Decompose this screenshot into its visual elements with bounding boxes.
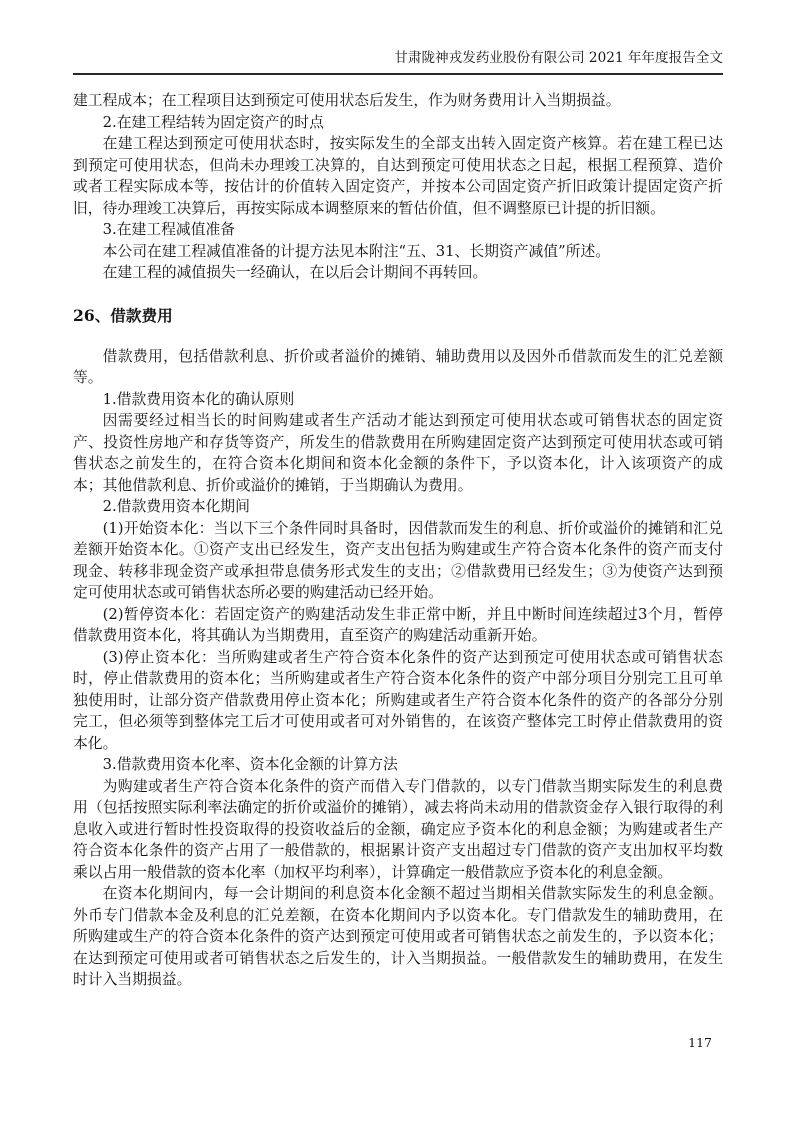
paragraph: 在建工程的减值损失一经确认，在以后会计期间不再转回。 (73, 262, 723, 284)
paragraph: 3.在建工程减值准备 (73, 219, 723, 241)
page-number: 117 (0, 1035, 712, 1050)
paragraph: 本公司在建工程减值准备的计提方法见本附注“五、31、长期资产减值”所述。 (73, 241, 723, 263)
paragraph: 在资本化期间内，每一会计期间的利息资本化金额不超过当期相关借款实际发生的利息金额… (73, 883, 723, 991)
paragraph: 2.在建工程结转为固定资产的时点 (73, 112, 723, 134)
report-page: 甘肃陇神戎发药业股份有限公司 2021 年年度报告全文 建工程成本；在工程项目达… (0, 0, 793, 1122)
paragraph: 在建工程达到预定可使用状态时，按实际发生的全部支出转入固定资产核算。若在建工程已… (73, 133, 723, 219)
header-title: 甘肃陇神戎发药业股份有限公司 2021 年年度报告全文 (394, 50, 723, 66)
paragraph: (3)停止资本化：当所购建或者生产符合资本化条件的资产达到预定可使用状态或可销售… (73, 647, 723, 755)
paragraph: 1.借款费用资本化的确认原则 (73, 389, 723, 411)
paragraph: (1)开始资本化：当以下三个条件同时具备时，因借款而发生的利息、折价或溢价的摊销… (73, 518, 723, 604)
paragraph: 建工程成本；在工程项目达到预定可使用状态后发生，作为财务费用计入当期损益。 (73, 90, 723, 112)
paragraph: 借款费用，包括借款利息、折价或者溢价的摊销、辅助费用以及因外币借款而发生的汇兑差… (73, 346, 723, 389)
paragraph: 因需要经过相当长的时间购建或者生产活动才能达到预定可使用状态或可销售状态的固定资… (73, 410, 723, 496)
page-body: 建工程成本；在工程项目达到预定可使用状态后发生，作为财务费用计入当期损益。 2.… (73, 90, 723, 991)
paragraph: 2.借款费用资本化期间 (73, 496, 723, 518)
paragraph: 为购建或者生产符合资本化条件的资产而借入专门借款的，以专门借款当期实际发生的利息… (73, 776, 723, 884)
section-heading: 26、借款费用 (73, 305, 723, 327)
paragraph: 3.借款费用资本化率、资本化金额的计算方法 (73, 754, 723, 776)
page-header: 甘肃陇神戎发药业股份有限公司 2021 年年度报告全文 (73, 50, 723, 75)
paragraph: (2)暂停资本化：若固定资产的购建活动发生非正常中断，并且中断时间连续超过3个月… (73, 604, 723, 647)
